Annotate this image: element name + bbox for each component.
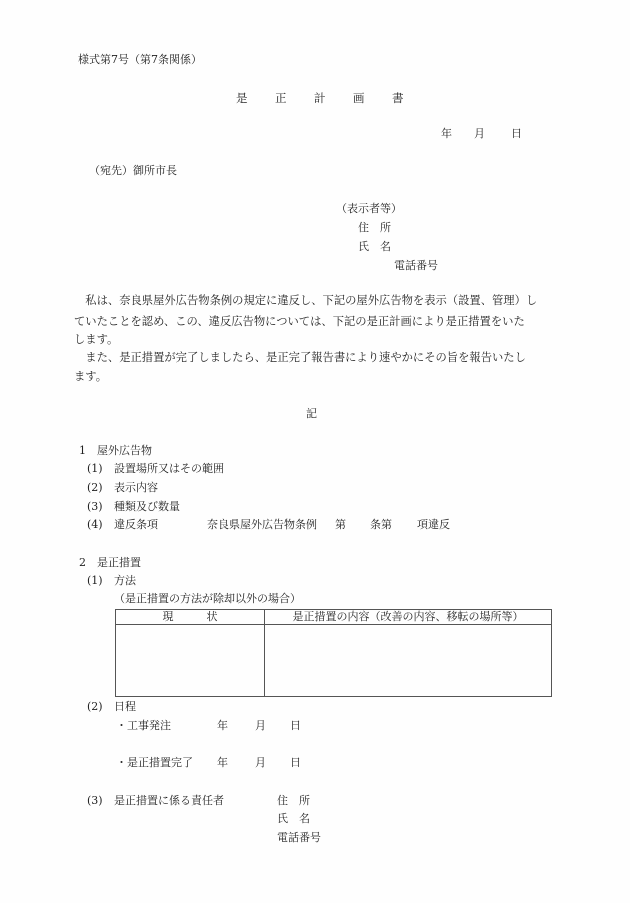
method-note: （是正措置の方法が除却以外の場合） [114,592,301,606]
responsible-phone-label: 電話番号 [277,831,321,845]
correction-content-cell[interactable] [265,625,552,697]
schedule-item-month: 月 [255,756,266,770]
violation-jou-dai: 条第 [370,518,392,532]
displayer-name-label: 氏 名 [358,240,391,254]
current-status-cell[interactable] [116,625,265,697]
table-row [116,625,552,697]
method-label: 方法 [114,574,136,588]
date-day: 日 [511,127,522,141]
ki-heading: 記 [306,407,317,421]
section1-item-label: 種類及び数量 [114,500,180,514]
method-num: (1) [87,574,103,588]
violation-ordinance: 奈良県屋外広告物条例 [207,518,317,532]
schedule-item-year: 年 [217,756,228,770]
responsible-address-label: 住 所 [277,794,310,808]
form-number: 様式第7号（第7条関係） [78,53,202,67]
table-header-correction-content: 是正措置の内容（改善の内容、移転の場所等） [265,610,552,625]
body-line-3: します。 [74,333,118,347]
section1-item-label: 設置場所又はその範囲 [114,462,224,476]
displayer-address-label: 住 所 [358,221,391,235]
violation-kou-ihan: 項違反 [417,518,450,532]
schedule-item-day: 日 [290,756,301,770]
date-month: 月 [474,127,485,141]
schedule-item-label: ・是正措置完了 [116,756,193,770]
displayer-phone-label: 電話番号 [394,259,438,273]
schedule-label: 日程 [114,700,136,714]
section1-heading: 1 屋外広告物 [79,444,152,458]
section1-item-label: 表示内容 [114,481,158,495]
responsible-label: 是正措置に係る責任者 [114,794,224,808]
displayer-label: （表示者等） [336,202,402,216]
section1-item-label: 違反条項 [114,518,158,532]
body-line-2: ていたことを認め、この、違反広告物については、下記の是正計画により是正措置をいた [74,315,525,329]
section1-item-num: (3) [87,500,103,514]
section1-item-num: (2) [87,481,103,495]
schedule-item-day: 日 [290,719,301,733]
schedule-item-label: ・工事発注 [116,719,171,733]
body-line-1: 私は、奈良県屋外広告物条例の規定に違反し、下記の屋外広告物を表示（設置、管理）し [74,294,537,308]
schedule-item-month: 月 [255,719,266,733]
schedule-num: (2) [87,700,103,714]
schedule-item-year: 年 [217,719,228,733]
responsible-name-label: 氏 名 [277,812,310,826]
date-year: 年 [441,127,452,141]
body-line-5: ます。 [74,370,107,384]
page-title: 是 正 計 画 書 [236,91,412,105]
section1-item-num: (4) [87,518,103,532]
section2-heading: 2 是正措置 [79,556,141,570]
body-line-4: また、是正措置が完了しましたら、是正完了報告書により速やかにその旨を報告いたし [74,351,526,365]
section1-item-num: (1) [87,462,103,476]
correction-table: 現 状 是正措置の内容（改善の内容、移転の場所等） [115,609,552,697]
table-header-current-status: 現 状 [116,610,265,625]
responsible-num: (3) [87,794,103,808]
violation-dai: 第 [335,518,346,532]
addressee: （宛先）御所市長 [89,164,177,178]
